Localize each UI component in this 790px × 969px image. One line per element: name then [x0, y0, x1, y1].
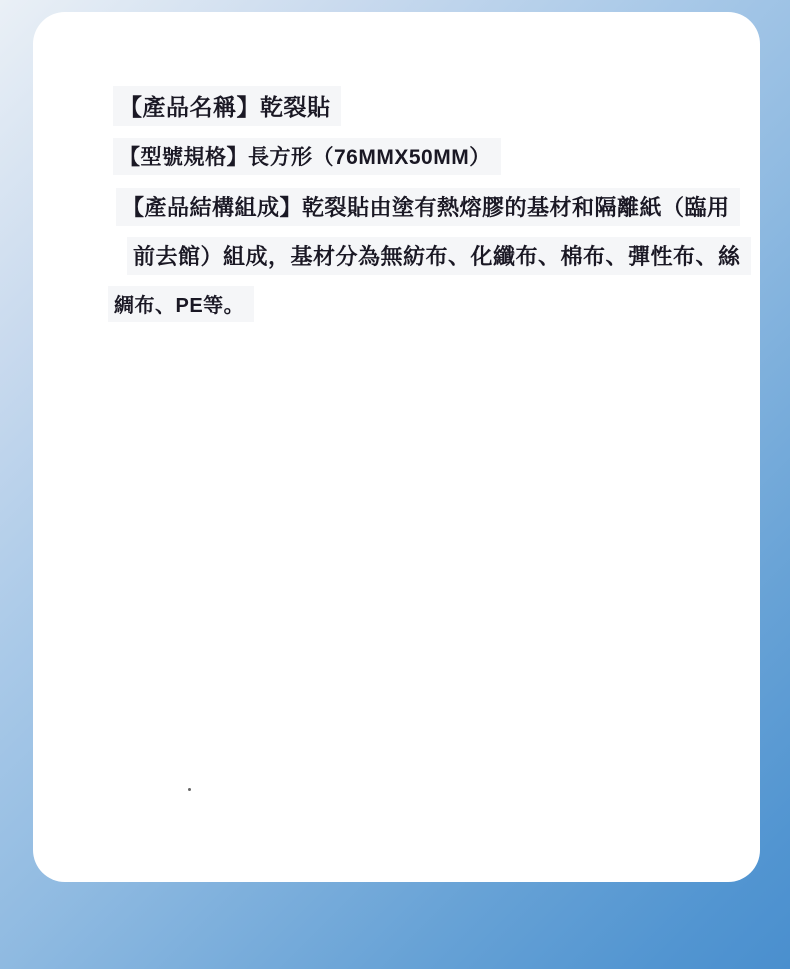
- product-composition-line-1: 【產品結構組成】乾裂貼由塗有熱熔膠的基材和隔離紙（臨用: [116, 188, 740, 226]
- product-name-text: 【產品名稱】乾裂貼: [113, 86, 341, 126]
- product-spec-text: 【型號規格】長方形（76MMX50MM）: [113, 138, 501, 175]
- product-name-line: 【產品名稱】乾裂貼: [113, 86, 341, 126]
- product-composition-line-3: 綢布、PE等。: [108, 286, 254, 322]
- product-composition-text-1: 【產品結構組成】乾裂貼由塗有熱熔膠的基材和隔離紙（臨用: [116, 188, 740, 226]
- product-composition-line-2: 前去館）組成，基材分為無紡布、化纖布、棉布、彈性布、絲: [127, 237, 751, 275]
- product-composition-text-2: 前去館）組成，基材分為無紡布、化纖布、棉布、彈性布、絲: [127, 237, 751, 275]
- product-composition-text-3: 綢布、PE等。: [108, 286, 254, 322]
- product-info-card: 【產品名稱】乾裂貼 【型號規格】長方形（76MMX50MM） 【產品結構組成】乾…: [33, 12, 760, 882]
- speck-artifact: [188, 788, 191, 791]
- product-spec-line: 【型號規格】長方形（76MMX50MM）: [113, 138, 501, 175]
